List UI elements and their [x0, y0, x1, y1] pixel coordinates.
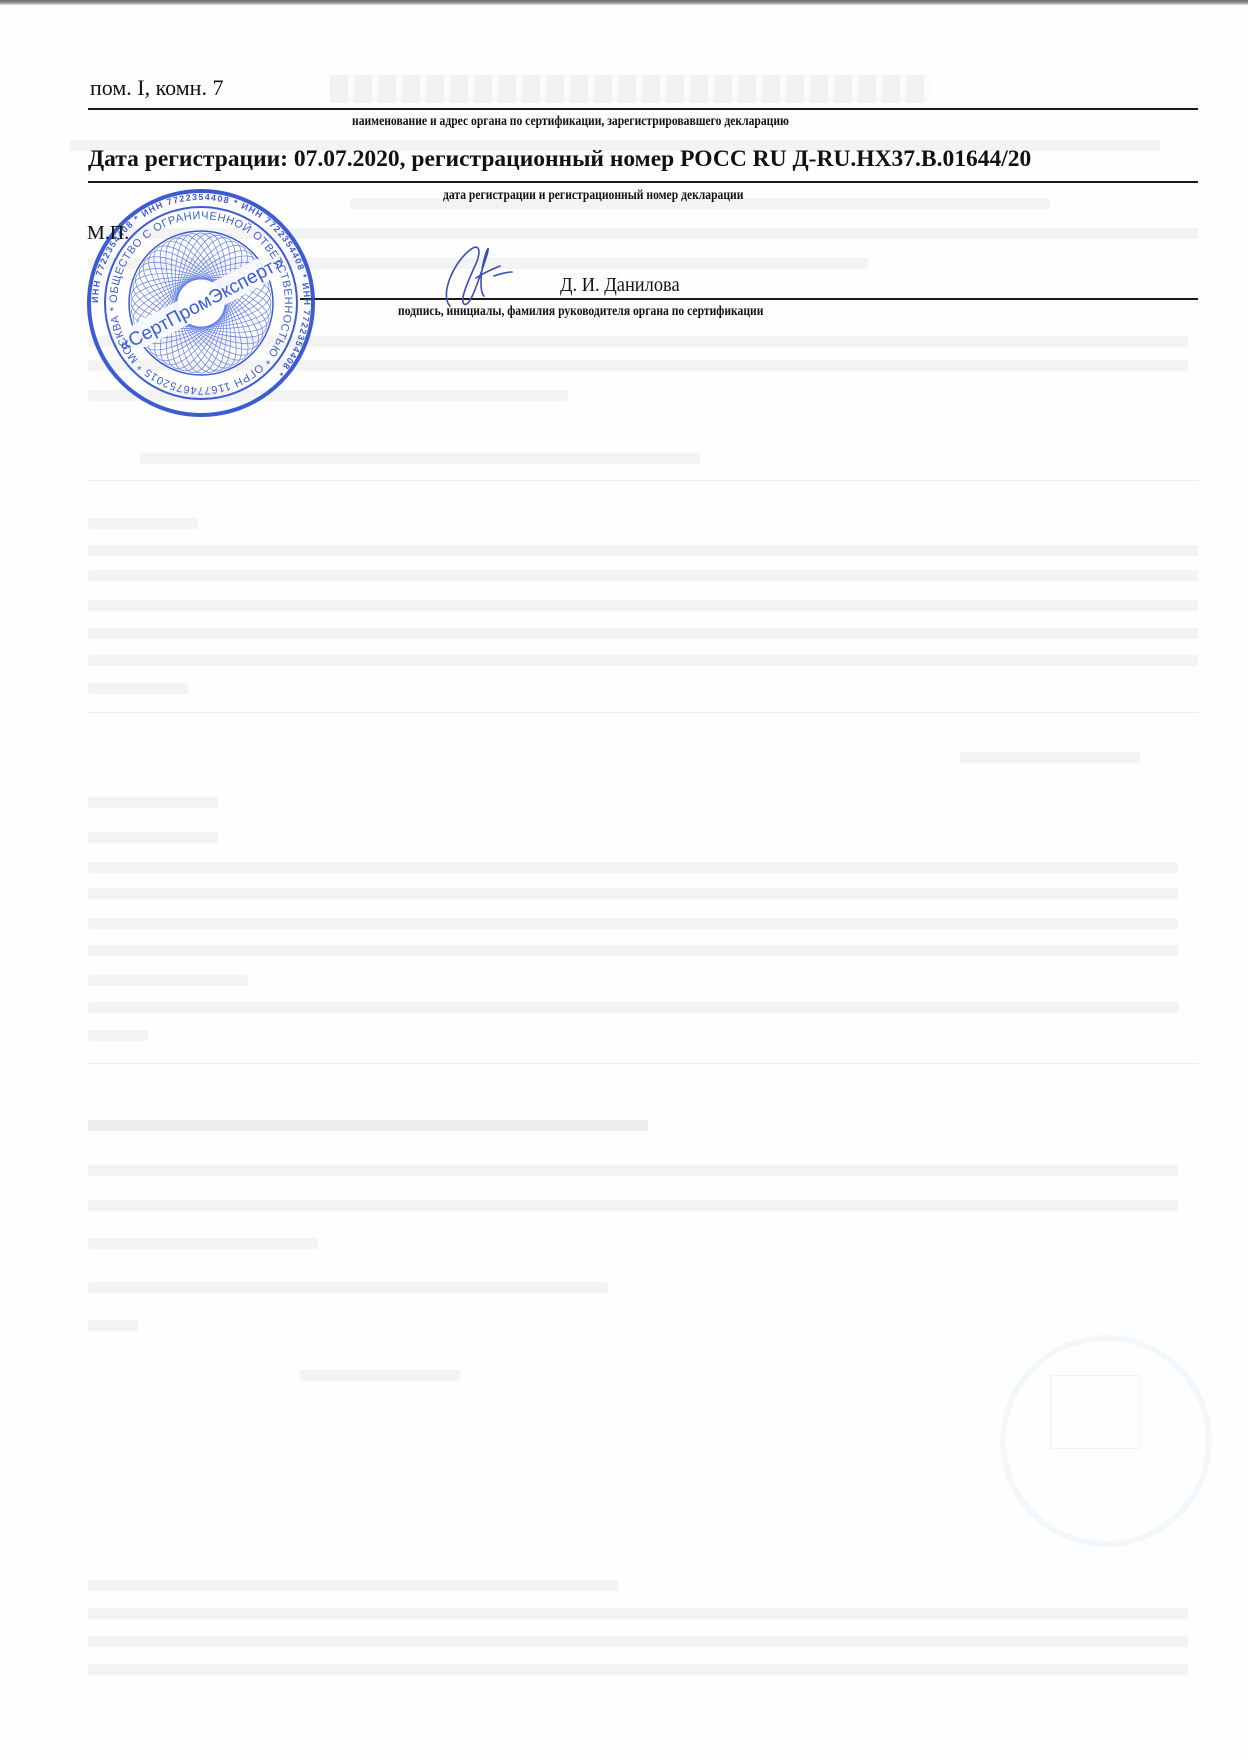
certification-body-address-tail: пом. I, комн. 7: [90, 75, 223, 101]
scan-top-edge: [0, 0, 1248, 5]
registration-caption: дата регистрации и регистрационный номер…: [443, 187, 743, 203]
address-caption: наименование и адрес органа по сертифика…: [352, 113, 789, 129]
registration-date-and-number: Дата регистрации: 07.07.2020, регистраци…: [88, 146, 1031, 173]
registration-underline: [88, 181, 1198, 183]
seal-place-mark: М.П.: [87, 222, 129, 245]
address-underline: [88, 108, 1198, 110]
signature-icon: [430, 236, 520, 312]
certification-head-name: Д. И. Данилова: [560, 274, 680, 297]
